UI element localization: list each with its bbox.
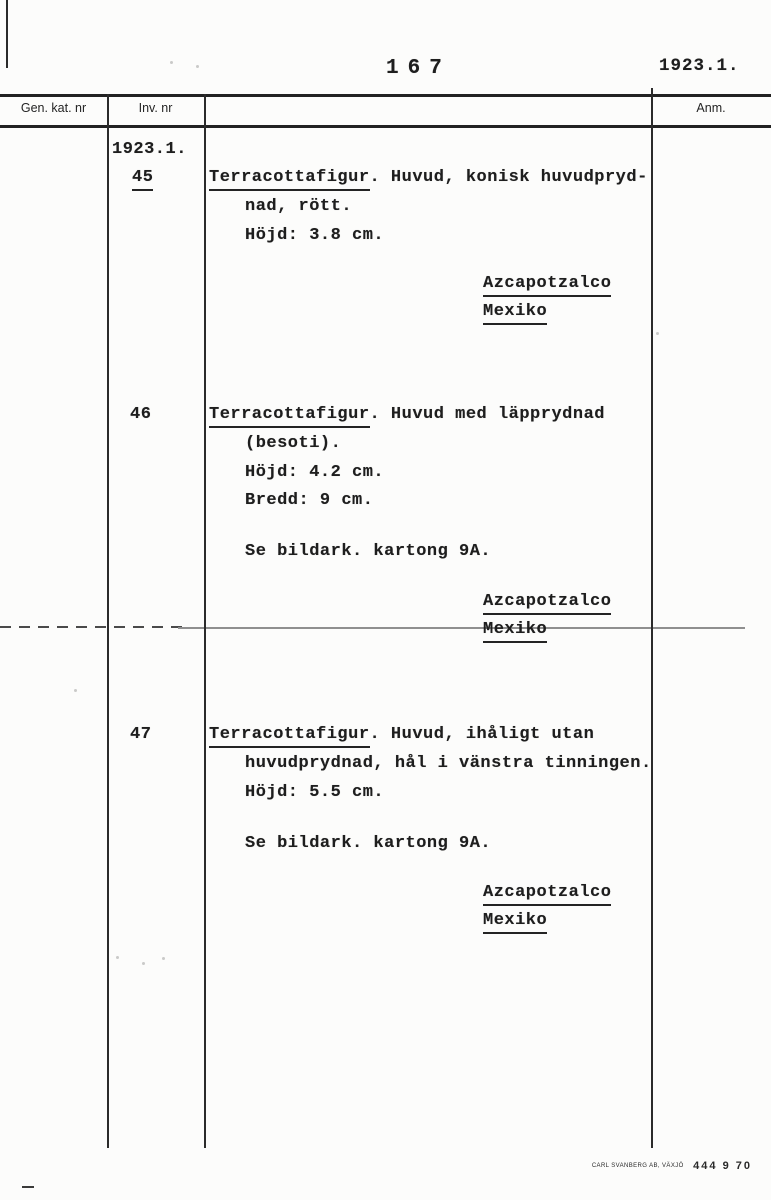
- entry-term: Terracottafigur: [209, 725, 370, 748]
- header-bottom-rule: [0, 125, 771, 128]
- entry-term-rest: . Huvud med läpprydnad: [370, 405, 605, 424]
- entry-note: Se bildark. kartong 9A.: [245, 834, 491, 854]
- provenance-text: Azcapotzalco: [483, 883, 611, 906]
- entry-group-label: 1923.1.: [112, 140, 187, 160]
- entry-description-line: Höjd: 3.8 cm.: [245, 226, 384, 246]
- year-reference: 1923.1.: [659, 56, 740, 76]
- column-rule-2: [204, 94, 206, 1148]
- entry-provenance-place: Azcapotzalco: [483, 883, 611, 906]
- provenance-text: Azcapotzalco: [483, 592, 611, 615]
- entry-description-line: nad, rött.: [245, 197, 352, 217]
- entry-term-rest: . Huvud, konisk huvudpryd-: [370, 168, 648, 187]
- entry-description-line: Terracottafigur. Huvud, konisk huvudpryd…: [209, 168, 648, 191]
- provenance-text: Azcapotzalco: [483, 274, 611, 297]
- entry-provenance-country: Mexiko: [483, 302, 547, 325]
- entry-description-line: (besoti).: [245, 434, 341, 454]
- page-number: 167: [386, 59, 451, 79]
- entry-description-line: Höjd: 4.2 cm.: [245, 463, 384, 483]
- pencil-dash-mark: [22, 1186, 34, 1188]
- page-edge-line: [6, 0, 8, 68]
- entry-term: Terracottafigur: [209, 168, 370, 191]
- entry-inv-nr: 45: [132, 168, 153, 191]
- scan-speck: [196, 65, 199, 68]
- scan-speck: [162, 957, 165, 960]
- entry-provenance-country: Mexiko: [483, 911, 547, 934]
- scan-speck: [170, 61, 173, 64]
- entry-inv-nr: 46: [130, 405, 151, 425]
- catalog-page: 167 1923.1. Gen. kat. nr Inv. nr Anm. 19…: [0, 0, 771, 1200]
- entry-provenance-country: Mexiko: [483, 620, 547, 643]
- provenance-text: Mexiko: [483, 620, 547, 643]
- entry-term: Terracottafigur: [209, 405, 370, 428]
- column-rule-1: [107, 94, 109, 1148]
- section-divider-solid: [178, 627, 745, 629]
- printer-name: CARL SVANBERG AB, VÄXJÖ: [592, 1163, 684, 1169]
- section-divider-dashed: [0, 626, 182, 628]
- entry-description-line: Terracottafigur. Huvud, ihåligt utan: [209, 725, 594, 748]
- provenance-text: Mexiko: [483, 911, 547, 934]
- printer-code: 444 9 70: [693, 1160, 752, 1172]
- printer-mark: CARL SVANBERG AB, VÄXJÖ 444 9 70: [540, 1156, 752, 1174]
- entry-provenance-place: Azcapotzalco: [483, 274, 611, 297]
- column-header-anm: Anm.: [651, 101, 771, 115]
- entry-inv-nr: 47: [130, 725, 151, 745]
- entry-description-line: Terracottafigur. Huvud med läpprydnad: [209, 405, 605, 428]
- entry-term-rest: . Huvud, ihåligt utan: [370, 725, 595, 744]
- entry-provenance-place: Azcapotzalco: [483, 592, 611, 615]
- entry-description-line: Bredd: 9 cm.: [245, 491, 373, 511]
- column-header-inv-nr: Inv. nr: [107, 101, 204, 115]
- column-rule-3: [651, 88, 653, 1148]
- scan-speck: [116, 956, 119, 959]
- entry-description-line: Höjd: 5.5 cm.: [245, 783, 384, 803]
- provenance-text: Mexiko: [483, 302, 547, 325]
- scan-speck: [142, 962, 145, 965]
- scan-speck: [656, 332, 659, 335]
- entry-description-line: huvudprydnad, hål i vänstra tinningen.: [245, 754, 652, 774]
- column-header-gen-kat-nr: Gen. kat. nr: [0, 101, 107, 115]
- entry-note: Se bildark. kartong 9A.: [245, 542, 491, 562]
- header-top-rule: [0, 94, 771, 97]
- scan-speck: [74, 689, 77, 692]
- entry-inv-nr-value: 45: [132, 168, 153, 191]
